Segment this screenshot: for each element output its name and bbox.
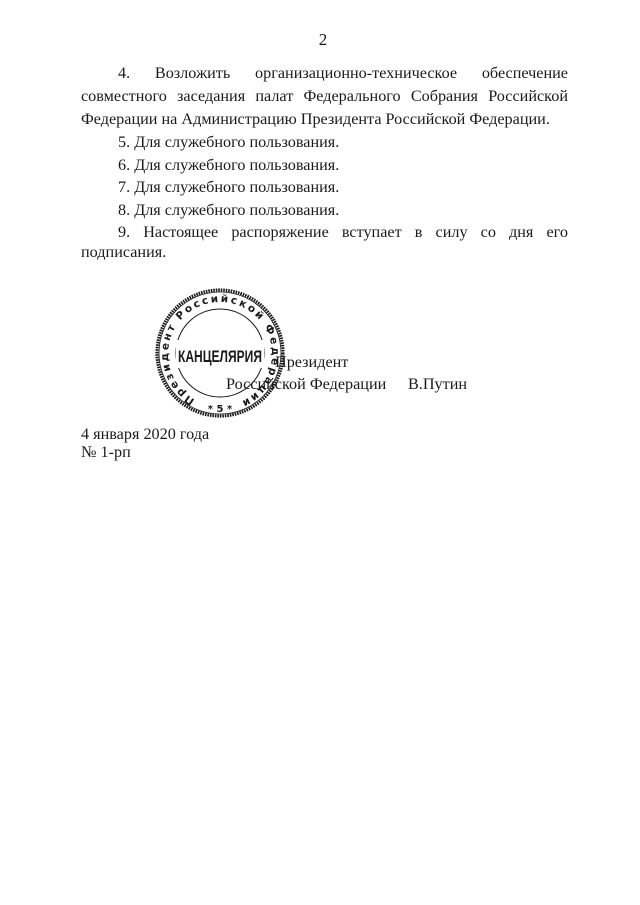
paragraph-7: 7. Для служебного пользования. bbox=[118, 177, 339, 197]
paragraph-5: 5. Для служебного пользования. bbox=[118, 132, 339, 152]
paragraph-9-line-2: подписания. bbox=[81, 242, 166, 262]
paragraph-4-line-2: совместного заседания палат Федерального… bbox=[81, 86, 568, 106]
stamp-center-text: КАНЦЕЛЯРИЯ bbox=[178, 347, 262, 366]
signature-name: В.Путин bbox=[408, 374, 467, 394]
official-stamp: Президент Российской Федерации * 5 * КАН… bbox=[150, 286, 290, 420]
document-number: № 1-рп bbox=[81, 442, 131, 462]
paragraph-6: 6. Для служебного пользования. bbox=[118, 155, 339, 175]
document-date: 4 января 2020 года bbox=[81, 424, 209, 444]
paragraph-4-line-1: 4. Возложить организационно-техническое … bbox=[118, 63, 568, 83]
paragraph-9-line-1: 9. Настоящее распоряжение вступает в сил… bbox=[118, 222, 568, 242]
document-page: 2 4. Возложить организационно-техническо… bbox=[0, 0, 640, 905]
stamp-bottom-text: * 5 * bbox=[208, 404, 233, 415]
paragraph-8: 8. Для служебного пользования. bbox=[118, 200, 339, 220]
page-number: 2 bbox=[0, 30, 640, 50]
paragraph-4-line-3: Федерации на Администрацию Президента Ро… bbox=[81, 109, 550, 129]
